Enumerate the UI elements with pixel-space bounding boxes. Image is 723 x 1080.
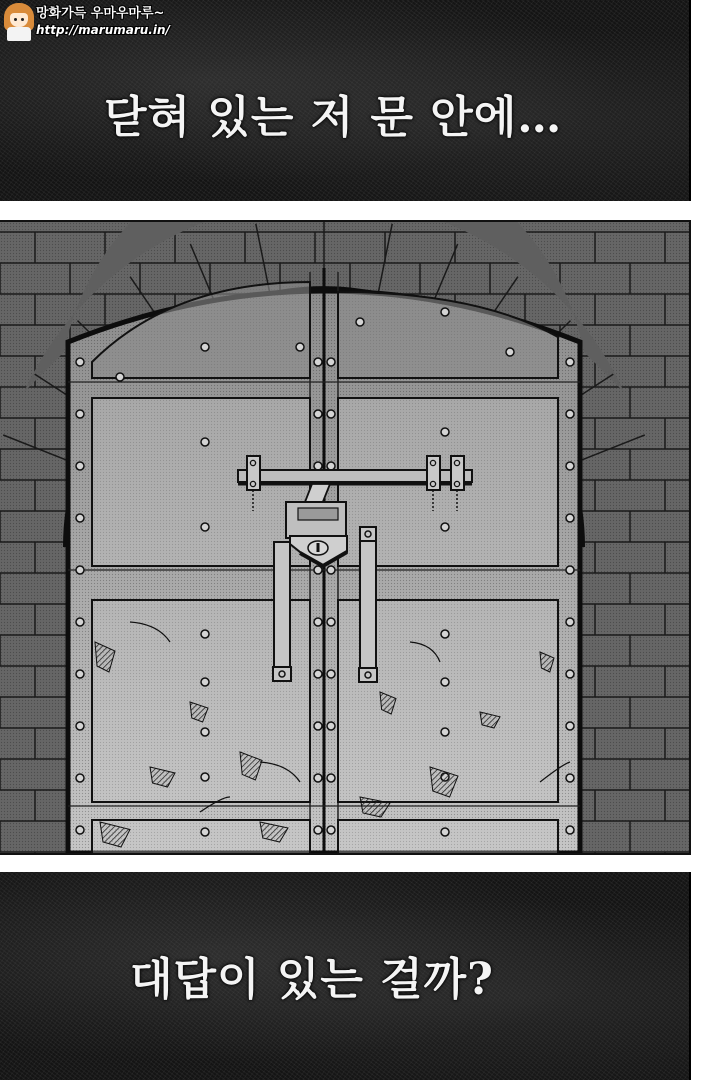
watermark-url: http://marumaru.in/ xyxy=(36,22,170,38)
caption-top: 닫혀 있는 저 문 안에… xyxy=(104,88,562,148)
panel-door-illustration xyxy=(0,220,691,855)
caption-bottom: 대답이 있는 걸까? xyxy=(130,950,494,1010)
mascot-girl-icon xyxy=(4,3,34,41)
door-illustration xyxy=(0,222,689,853)
watermark-site-name: 망화가득 우마우마루~ xyxy=(36,6,170,22)
watermark: 망화가득 우마우마루~ http://marumaru.in/ xyxy=(0,0,170,44)
